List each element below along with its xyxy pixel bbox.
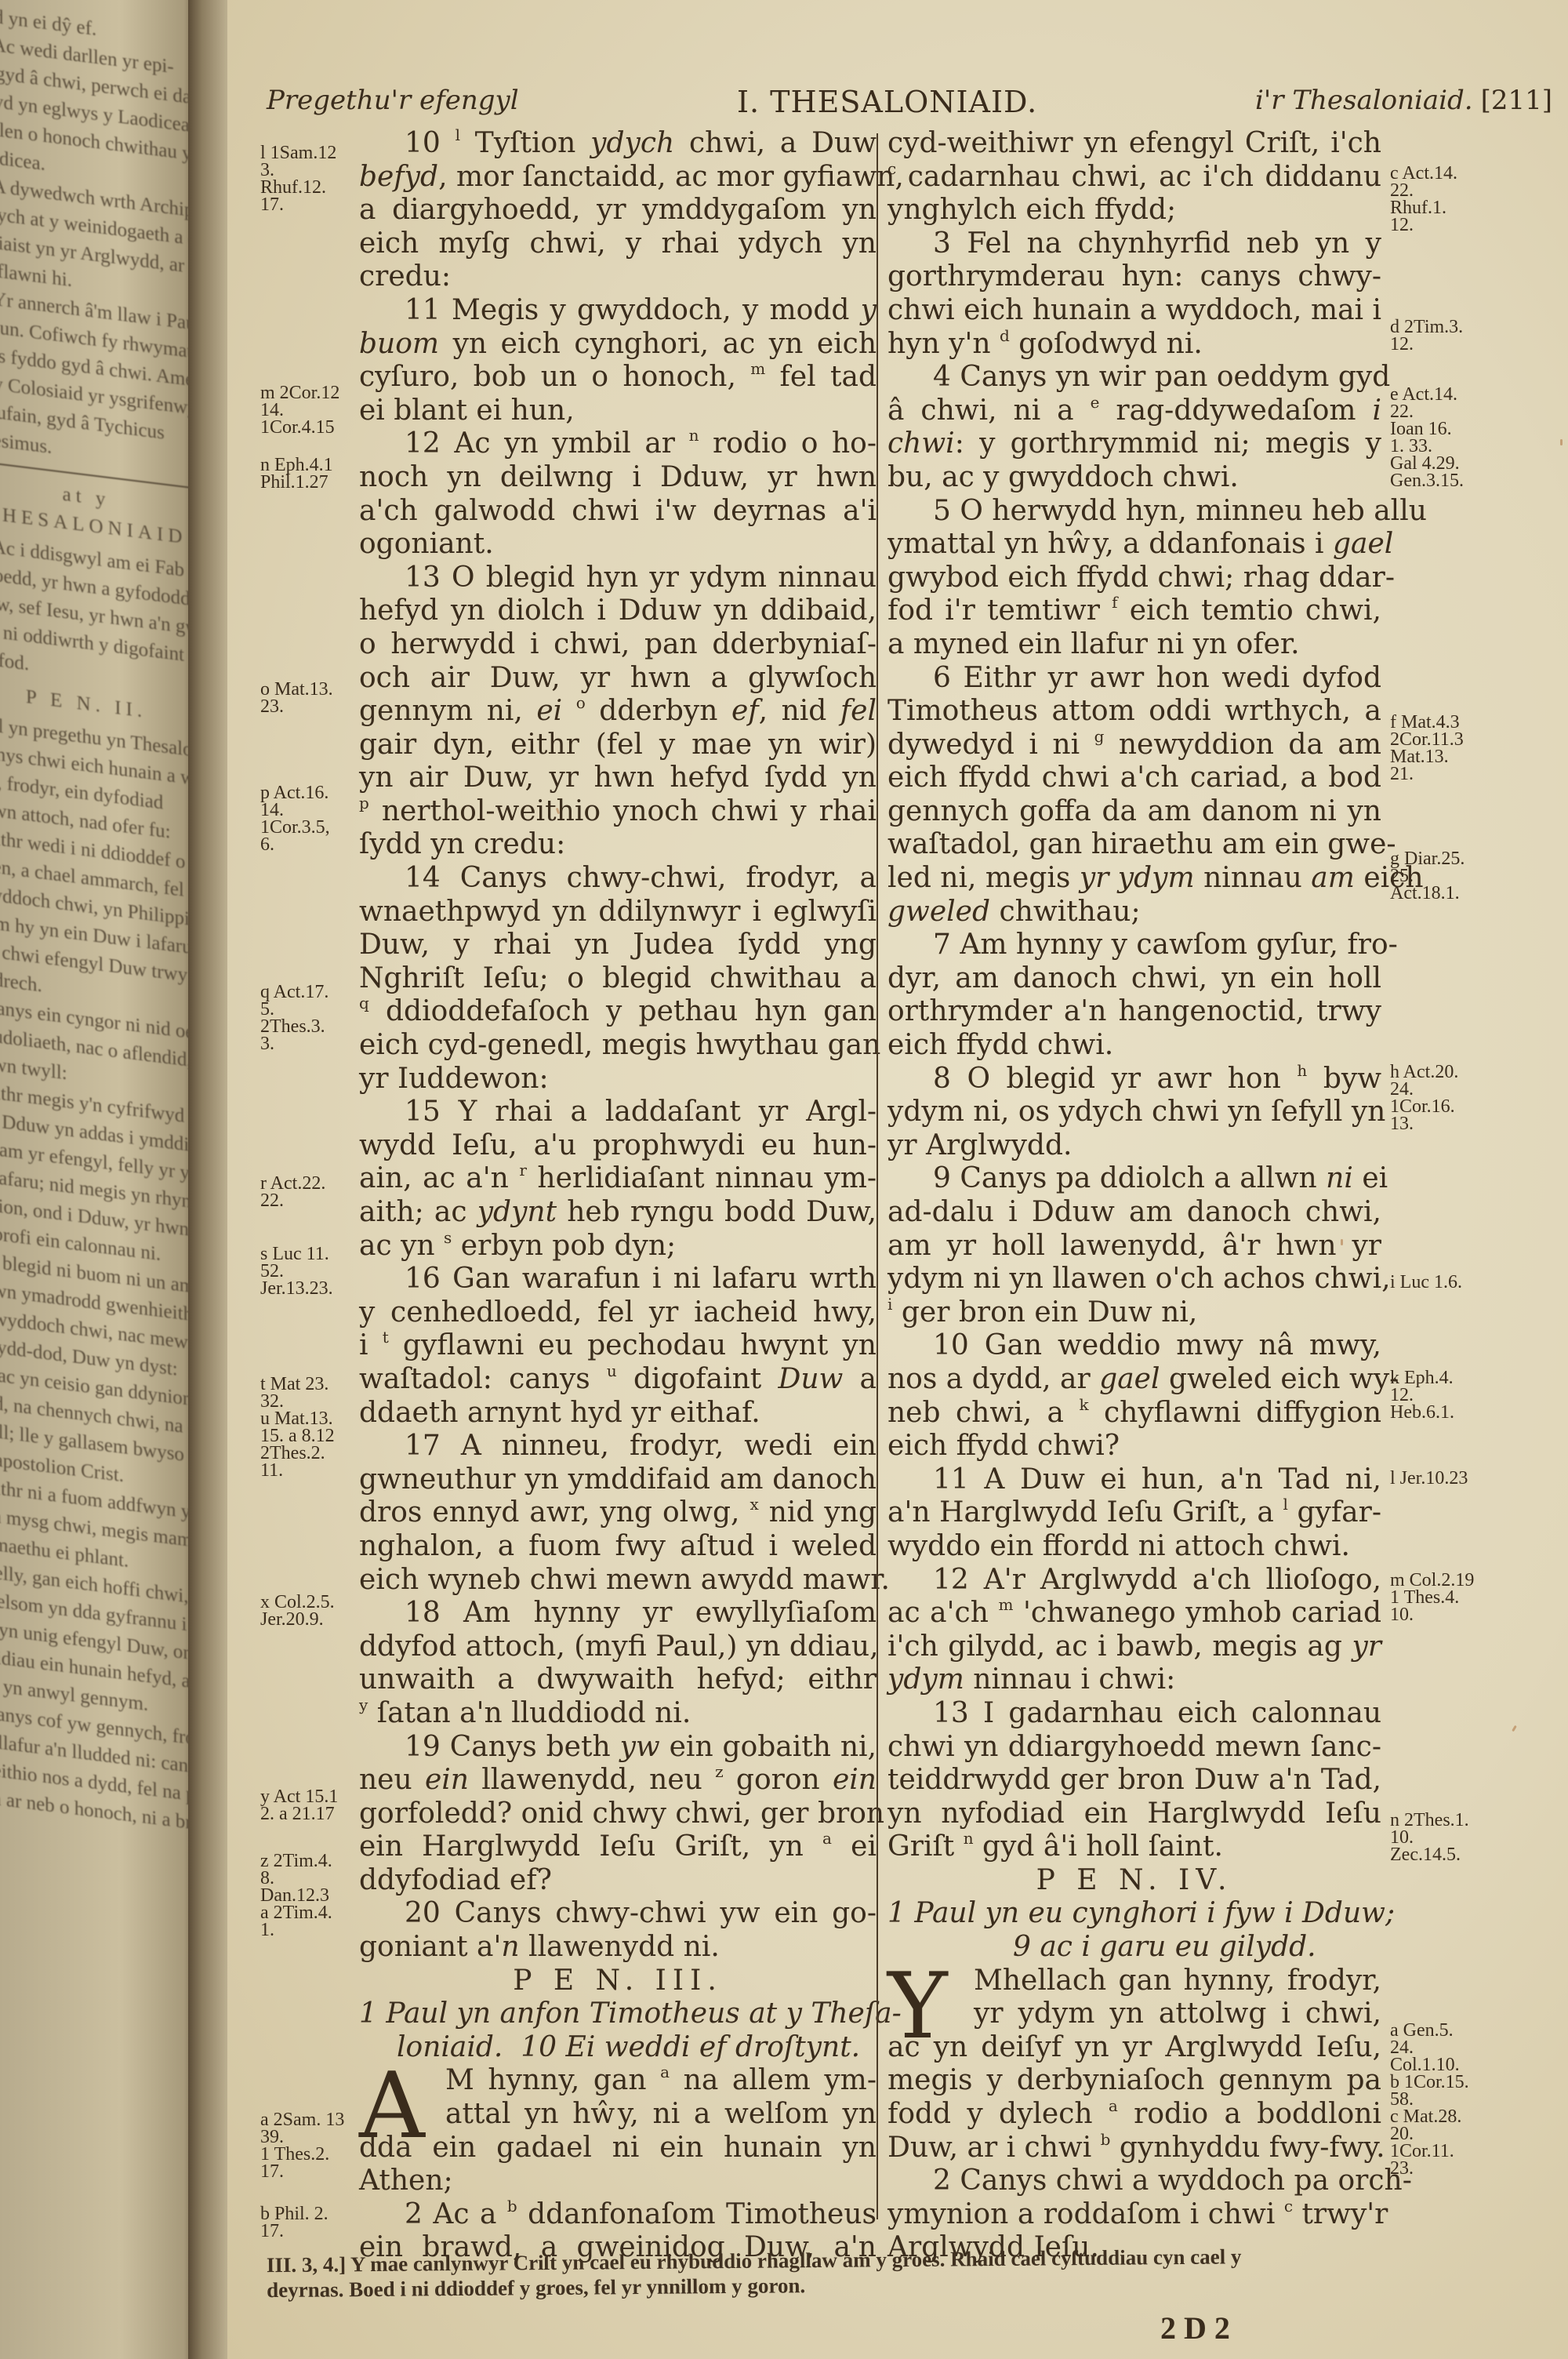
facing-page: lydd yn ei dŷ ef.16 Ac wedi darllen yr e… (0, 0, 200, 2359)
verse-line: gorfoledd? onid chwy chwi, ger bron (359, 1797, 877, 1831)
verse-line: cyſuro, bob un o honoch, m fel tad (359, 361, 877, 394)
verse-line: 15 Y rhai a laddaſant yr Argl- (359, 1096, 877, 1129)
marginal-reference: b Phil. 2. 17. (260, 2205, 328, 2240)
verse-line: credu: (359, 260, 877, 294)
verse-line: chwi yn ddiargyhoedd mewn ſanc- (887, 1731, 1381, 1765)
verse-line: 2 Ac a b ddanfonaſom Timotheus (359, 2198, 877, 2232)
drop-capital: A (359, 2061, 425, 2152)
verse-line: 14 Canys chwy-chwi, frodyr, a (359, 862, 877, 896)
verse-line: 20 Canys chwy-chwi yw ein go- (359, 1897, 877, 1931)
verse-line: ac a'ch m 'chwanego ymhob cariad (887, 1597, 1381, 1630)
verse-line: ſydd yn credu: (359, 828, 877, 862)
bible-page: Pregethu'r efengyl I. THESALONIAID. i'r … (227, 0, 1568, 2359)
text-column-right: cyd-weithiwr yn efengyl Criſt, i'chc cad… (887, 127, 1381, 2265)
marginal-reference: s Luc 11. 52. Jer.13.23. (260, 1245, 333, 1297)
verse-line: 13 O blegid hyn yr ydym ninnau (359, 562, 877, 595)
verse-line: megis y derbyniaſoch gennym pa (887, 2064, 1381, 2098)
chapter-summary: 9 ac i garu eu gilydd. (887, 1931, 1381, 1965)
drop-capital: Y (887, 1961, 948, 2052)
marginal-reference: x Col.2.5. Jer.20.9. (260, 1594, 335, 1628)
verse-line: ydym ninnau i chwi: (887, 1663, 1381, 1697)
paper-stain (1560, 439, 1563, 445)
verse-line: ogoniant. (359, 528, 877, 562)
verse-line: 7 Am hynny y cawſom gyſur, fro- (887, 929, 1381, 962)
verse-line: eich wyneb chwi mewn awydd mawr. (359, 1564, 877, 1598)
verse-line: bu, ac y gwyddoch chwi. (887, 461, 1381, 495)
marginal-reference: l Jer.10.23 (1390, 1470, 1468, 1487)
verse-line: ydym ni yn llawen o'ch achos chwi, (887, 1263, 1381, 1296)
verse-line: ymynion a roddaſom i chwi c trwy'r (887, 2198, 1381, 2232)
verse-line: aith; ac ydynt heb ryngu bodd Duw, (359, 1196, 877, 1230)
marginal-reference: r Act.22. 22. (260, 1175, 325, 1209)
verse-line: 9 Canys pa ddiolch a allwn ni ei (887, 1162, 1381, 1196)
verse-line: Mhellach gan hynny, frodyr,Y (887, 1965, 1381, 1998)
verse-line: dros ennyd awr, yng olwg, x nid yng (359, 1496, 877, 1530)
facing-page-text: lydd yn ei dŷ ef.16 Ac wedi darllen yr e… (0, 0, 200, 1839)
marginal-reference: m Col.2.19 1 Thes.4. 10. (1390, 1572, 1474, 1623)
verse-line: och air Duw, yr hwn a glywſoch (359, 662, 877, 696)
verse-line: ynghylch eich ffydd; (887, 194, 1381, 227)
verse-line: gennym ni, ei o dderbyn ef, nid fel (359, 695, 877, 729)
verse-line: Athen; (359, 2165, 877, 2198)
verse-line: M hynny, gan a na allem ym-A (359, 2064, 877, 2098)
verse-line: gennych goffa da am danom ni yn (887, 795, 1381, 829)
verse-line: fod i'r temtiwr f eich temtio chwi, (887, 594, 1381, 628)
marginal-reference: n Eph.4.1 Phil.1.27 (260, 456, 333, 491)
verse-line: am yr holl lawenydd, â'r hwn yr (887, 1230, 1381, 1263)
header-left-title: Pregethu'r efengyl (267, 85, 519, 116)
verse-line: yn air Duw, yr hwn hefyd ſydd yn (359, 761, 877, 795)
verse-line: led ni, megis yr ydym ninnau am eich (887, 862, 1381, 896)
verse-line: teiddrwydd ger bron Duw a'n Tad, (887, 1764, 1381, 1797)
marginal-reference: l 1Sam.12 3. Rhuf.12. 17. (260, 144, 336, 213)
verse-line: chwi eich hunain a wyddoch, mai i (887, 294, 1381, 328)
marginal-reference: a Gen.5. 24. Col.1.10. b 1Cor.15. 58. c … (1390, 2022, 1469, 2177)
verse-line: wnaethpwyd yn ddilynwyr i eglwyſi (359, 896, 877, 929)
verse-line: neb chwi, a k chyflawni diffygion (887, 1397, 1381, 1430)
verse-line: ymattal yn hŵy, a ddanfonais i gael (887, 528, 1381, 562)
verse-line: gwneuthur yn ymddifaid am danoch (359, 1463, 877, 1497)
column-divider (877, 133, 878, 2219)
paper-stain (1512, 1725, 1517, 1732)
header-right-title: i'r Thesaloniaid.[211] (1255, 85, 1552, 116)
verse-line: ydym ni, os ydych chwi yn ſefyll yn (887, 1096, 1381, 1129)
verse-line: ddaeth arnynt hyd yr eithaf. (359, 1397, 877, 1430)
verse-line: gorthrymderau hyn: canys chwy- (887, 260, 1381, 294)
verse-line: goniant a'n llawenydd ni. (359, 1931, 877, 1965)
verse-line: 10 Gan weddio mwy nâ mwy, (887, 1329, 1381, 1363)
verse-line: Timotheus attom oddi wrthych, a (887, 695, 1381, 729)
marginal-reference: g Diar.25. 25. Act.18.1. (1390, 850, 1465, 902)
verse-line: i t gyflawni eu pechodau hwynt yn (359, 1329, 877, 1363)
chapter-summary: 1 Paul yn anfon Timotheus at y Theſa- (359, 1997, 877, 2031)
verse-line: 13 I gadarnhau eich calonnau (887, 1697, 1381, 1731)
verse-line: gweled chwithau; (887, 896, 1381, 929)
verse-line: i ger bron ein Duw ni, (887, 1296, 1381, 1330)
verse-line: eich ffydd chwi a'ch cariad, a bod (887, 761, 1381, 795)
printer-signature-mark: 2 D 2 (1160, 2310, 1230, 2346)
verse-line: o herwydd i chwi, pan dderbyniaſ- (359, 628, 877, 662)
paper-stain (1341, 1239, 1343, 1245)
verse-line: dywedyd i ni g newyddion da am (887, 729, 1381, 762)
verse-line: nghalon, a fuom fwy aſtud i weled (359, 1530, 877, 1564)
verse-line: a myned ein llafur ni yn ofer. (887, 628, 1381, 662)
running-header: Pregethu'r efengyl I. THESALONIAID. i'r … (267, 85, 1552, 124)
verse-line: ddyfod attoch, (myfi Paul,) yn ddiau, (359, 1630, 877, 1664)
verse-line: yr Iuddewon: (359, 1063, 877, 1096)
marginal-reference: t Mat 23. 32. u Mat.13. 15. a 8.12 2Thes… (260, 1376, 335, 1479)
verse-line: cyd-weithiwr yn efengyl Criſt, i'ch (887, 127, 1381, 161)
marginal-reference: e Act.14. 22. Ioan 16. 1. 33. Gal 4.29. … (1390, 386, 1464, 489)
verse-line: a'n Harglwydd Ieſu Griſt, a l gyfar- (887, 1496, 1381, 1530)
verse-line: 18 Am hynny yr ewyllyſiaſom (359, 1597, 877, 1630)
marginal-reference: q Act.17. 5. 2Thes.3. 3. (260, 983, 328, 1052)
verse-line: 17 A ninneu, frodyr, wedi ein (359, 1430, 877, 1463)
verse-line: wyddo ein ffordd ni attoch chwi. (887, 1530, 1381, 1564)
chapter-heading: P E N. III. (359, 1965, 877, 1998)
verse-line: waſtadol: canys u digofaint Duw a (359, 1363, 877, 1397)
verse-line: dyr, am danoch chwi, yn ein holl (887, 962, 1381, 996)
header-book-title: I. THESALONIAID. (737, 85, 1037, 119)
verse-line: ddyfodiad ef? (359, 1864, 877, 1898)
verse-line: ac yn deiſyf yn yr Arglwydd Ieſu, (887, 2031, 1381, 2065)
chapter-heading: P E N. IV. (887, 1864, 1381, 1898)
verse-line: a diargyhoedd, yr ymddygaſom yn (359, 194, 877, 227)
verse-line: ei blant ei hun, (359, 394, 877, 428)
verse-line: eich cyd-genedl, megis hwythau gan (359, 1029, 877, 1063)
verse-line: 8 O blegid yr awr hon h byw (887, 1063, 1381, 1096)
marginal-reference: f Mat.4.3 2Cor.11.3 Mat.13. 21. (1390, 714, 1464, 783)
verse-line: chwi: y gorthrymmid ni; megis y (887, 427, 1381, 461)
verse-line: yn nyfodiad ein Harglwydd Ieſu (887, 1797, 1381, 1831)
verse-line: attal yn hŵy, ni a welſom yn (359, 2098, 877, 2132)
verse-line: 4 Canys yn wir pan oeddym gyd (887, 361, 1381, 394)
verse-line: yr Arglwydd. (887, 1129, 1381, 1163)
verse-line: neu ein llawenydd, neu z goron ein (359, 1764, 877, 1797)
verse-line: 2 Canys chwi a wyddoch pa orch- (887, 2165, 1381, 2198)
verse-line: p nerthol-weithio ynoch chwi y rhai (359, 795, 877, 829)
verse-line: ad-dalu i Dduw am danoch chwi, (887, 1196, 1381, 1230)
verse-line: wydd Ieſu, a'u prophwydi eu hun- (359, 1129, 877, 1163)
marginal-reference: p Act.16. 14. 1Cor.3.5, 6. (260, 784, 330, 853)
marginal-reference: n 2Thes.1. 10. Zec.14.5. (1390, 1812, 1469, 1863)
marginal-reference: d 2Tim.3. 12. (1390, 318, 1463, 353)
verse-line: yr ydym yn attolwg i chwi, (887, 1997, 1381, 2031)
marginal-reference: y Act 15.1 2. a 21.17 (260, 1788, 338, 1823)
verse-line: Nghriſt Ieſu; o blegid chwithau a (359, 962, 877, 996)
verse-line: eich ffydd chwi. (887, 1029, 1381, 1063)
marginal-reference: z 2Tim.4. 8. Dan.12.3 a 2Tim.4. 1. (260, 1852, 332, 1939)
verse-line: orthrymder a'n hangenoctid, trwy (887, 995, 1381, 1029)
verse-line: y cenhedloedd, fel yr iacheid hwy, (359, 1296, 877, 1330)
verse-line: Griſt n gyd â'i holl ſaint. (887, 1830, 1381, 1864)
marginal-reference: c Act.14. 22. Rhuf.1. 12. (1390, 165, 1457, 234)
verse-line: Duw, y rhai yn Judea ſydd yng (359, 929, 877, 962)
verse-line: 19 Canys beth yw ein gobaith ni, (359, 1731, 877, 1765)
verse-line: gair dyn, eithr (fel y mae yn wir) (359, 729, 877, 762)
verse-line: waſtadol, gan hiraethu am ein gwe- (887, 828, 1381, 862)
marginal-reference: k Eph.4. 12. Heb.6.1. (1390, 1369, 1454, 1421)
verse-line: 12 A'r Arglwydd a'ch llioſogo, (887, 1564, 1381, 1598)
marginal-reference: a 2Sam. 13 39. 1 Thes.2. 17. (260, 2111, 344, 2180)
verse-line: 11 A Duw ei hun, a'n Tad ni, (887, 1463, 1381, 1497)
verse-line: hyn y'n d goſodwyd ni. (887, 328, 1381, 362)
verse-line: 11 Megis y gwyddoch, y modd y (359, 294, 877, 328)
chapter-summary: 1 Paul yn eu cynghori i fyw i Dduw; (887, 1897, 1381, 1931)
verse-line: c cadarnhau chwi, ac i'ch diddanu (887, 161, 1381, 194)
verse-line: dda ein gadael ni ein hunain yn (359, 2132, 877, 2165)
verse-line: q ddioddefaſoch y pethau hyn gan (359, 995, 877, 1029)
verse-line: eich myſg chwi, y rhai ydych yn (359, 227, 877, 261)
marginal-reference: m 2Cor.12 14. 1Cor.4.15 (260, 384, 339, 436)
verse-line: ac yn s erbyn pob dyn; (359, 1230, 877, 1263)
verse-line: 5 O herwydd hyn, minneu heb allu (887, 495, 1381, 529)
verse-line: â chwi, ni a e rag-ddywedaſom i (887, 394, 1381, 428)
header-right-text: i'r Thesaloniaid. (1255, 85, 1473, 116)
verse-line: befyd, mor ſanctaidd, ac mor gyfiawn, (359, 161, 877, 194)
verse-line: a'ch galwodd chwi i'w deyrnas a'i (359, 495, 877, 529)
verse-line: gwybod eich ffydd chwi; rhag ddar- (887, 562, 1381, 595)
verse-line: ain, ac a'n r herlidiaſant ninnau ym- (359, 1162, 877, 1196)
verse-line: 12 Ac yn ymbil ar n rodio o ho- (359, 427, 877, 461)
chapter-footnote: III. 3, 4.] Y mae canlynwyr Criſt yn cae… (267, 2241, 1552, 2303)
text-column-left: 10 l Tyſtion ydych chwi, a Duwbefyd, mor… (359, 127, 877, 2265)
chapter-summary: loniaid. 10 Ei weddi ef droſtynt. (359, 2031, 877, 2065)
verse-line: unwaith a dwywaith hefyd; eithr (359, 1663, 877, 1697)
verse-line: 10 l Tyſtion ydych chwi, a Duw (359, 127, 877, 161)
marginal-reference: o Mat.13. 23. (260, 681, 333, 715)
verse-line: 3 Fel na chynhyrfid neb yn y (887, 227, 1381, 261)
page-number: [211] (1481, 85, 1552, 116)
marginal-reference: i Luc 1.6. (1390, 1274, 1462, 1291)
verse-line: fodd y dylech a rodio a boddloni (887, 2098, 1381, 2132)
marginal-reference: h Act.20. 24. 1Cor.16. 13. (1390, 1063, 1458, 1132)
verse-line: noch yn deilwng i Dduw, yr hwn (359, 461, 877, 495)
verse-line: buom yn eich cynghori, ac yn eich (359, 328, 877, 362)
verse-line: Duw, ar i chwi b gynhyddu fwy-fwy. (887, 2132, 1381, 2165)
verse-line: eich ffydd chwi? (887, 1430, 1381, 1463)
verse-line: y ſatan a'n lluddiodd ni. (359, 1697, 877, 1731)
verse-line: hefyd yn diolch i Dduw yn ddibaid, (359, 594, 877, 628)
verse-line: nos a dydd, ar gael gweled eich wy- (887, 1363, 1381, 1397)
verse-line: i'ch gilydd, ac i bawb, megis ag yr (887, 1630, 1381, 1664)
verse-line: 6 Eithr yr awr hon wedi dyfod (887, 662, 1381, 696)
verse-line: 16 Gan warafun i ni lafaru wrth (359, 1263, 877, 1296)
verse-line: ein Harglwydd Ieſu Griſt, yn a ei (359, 1830, 877, 1864)
